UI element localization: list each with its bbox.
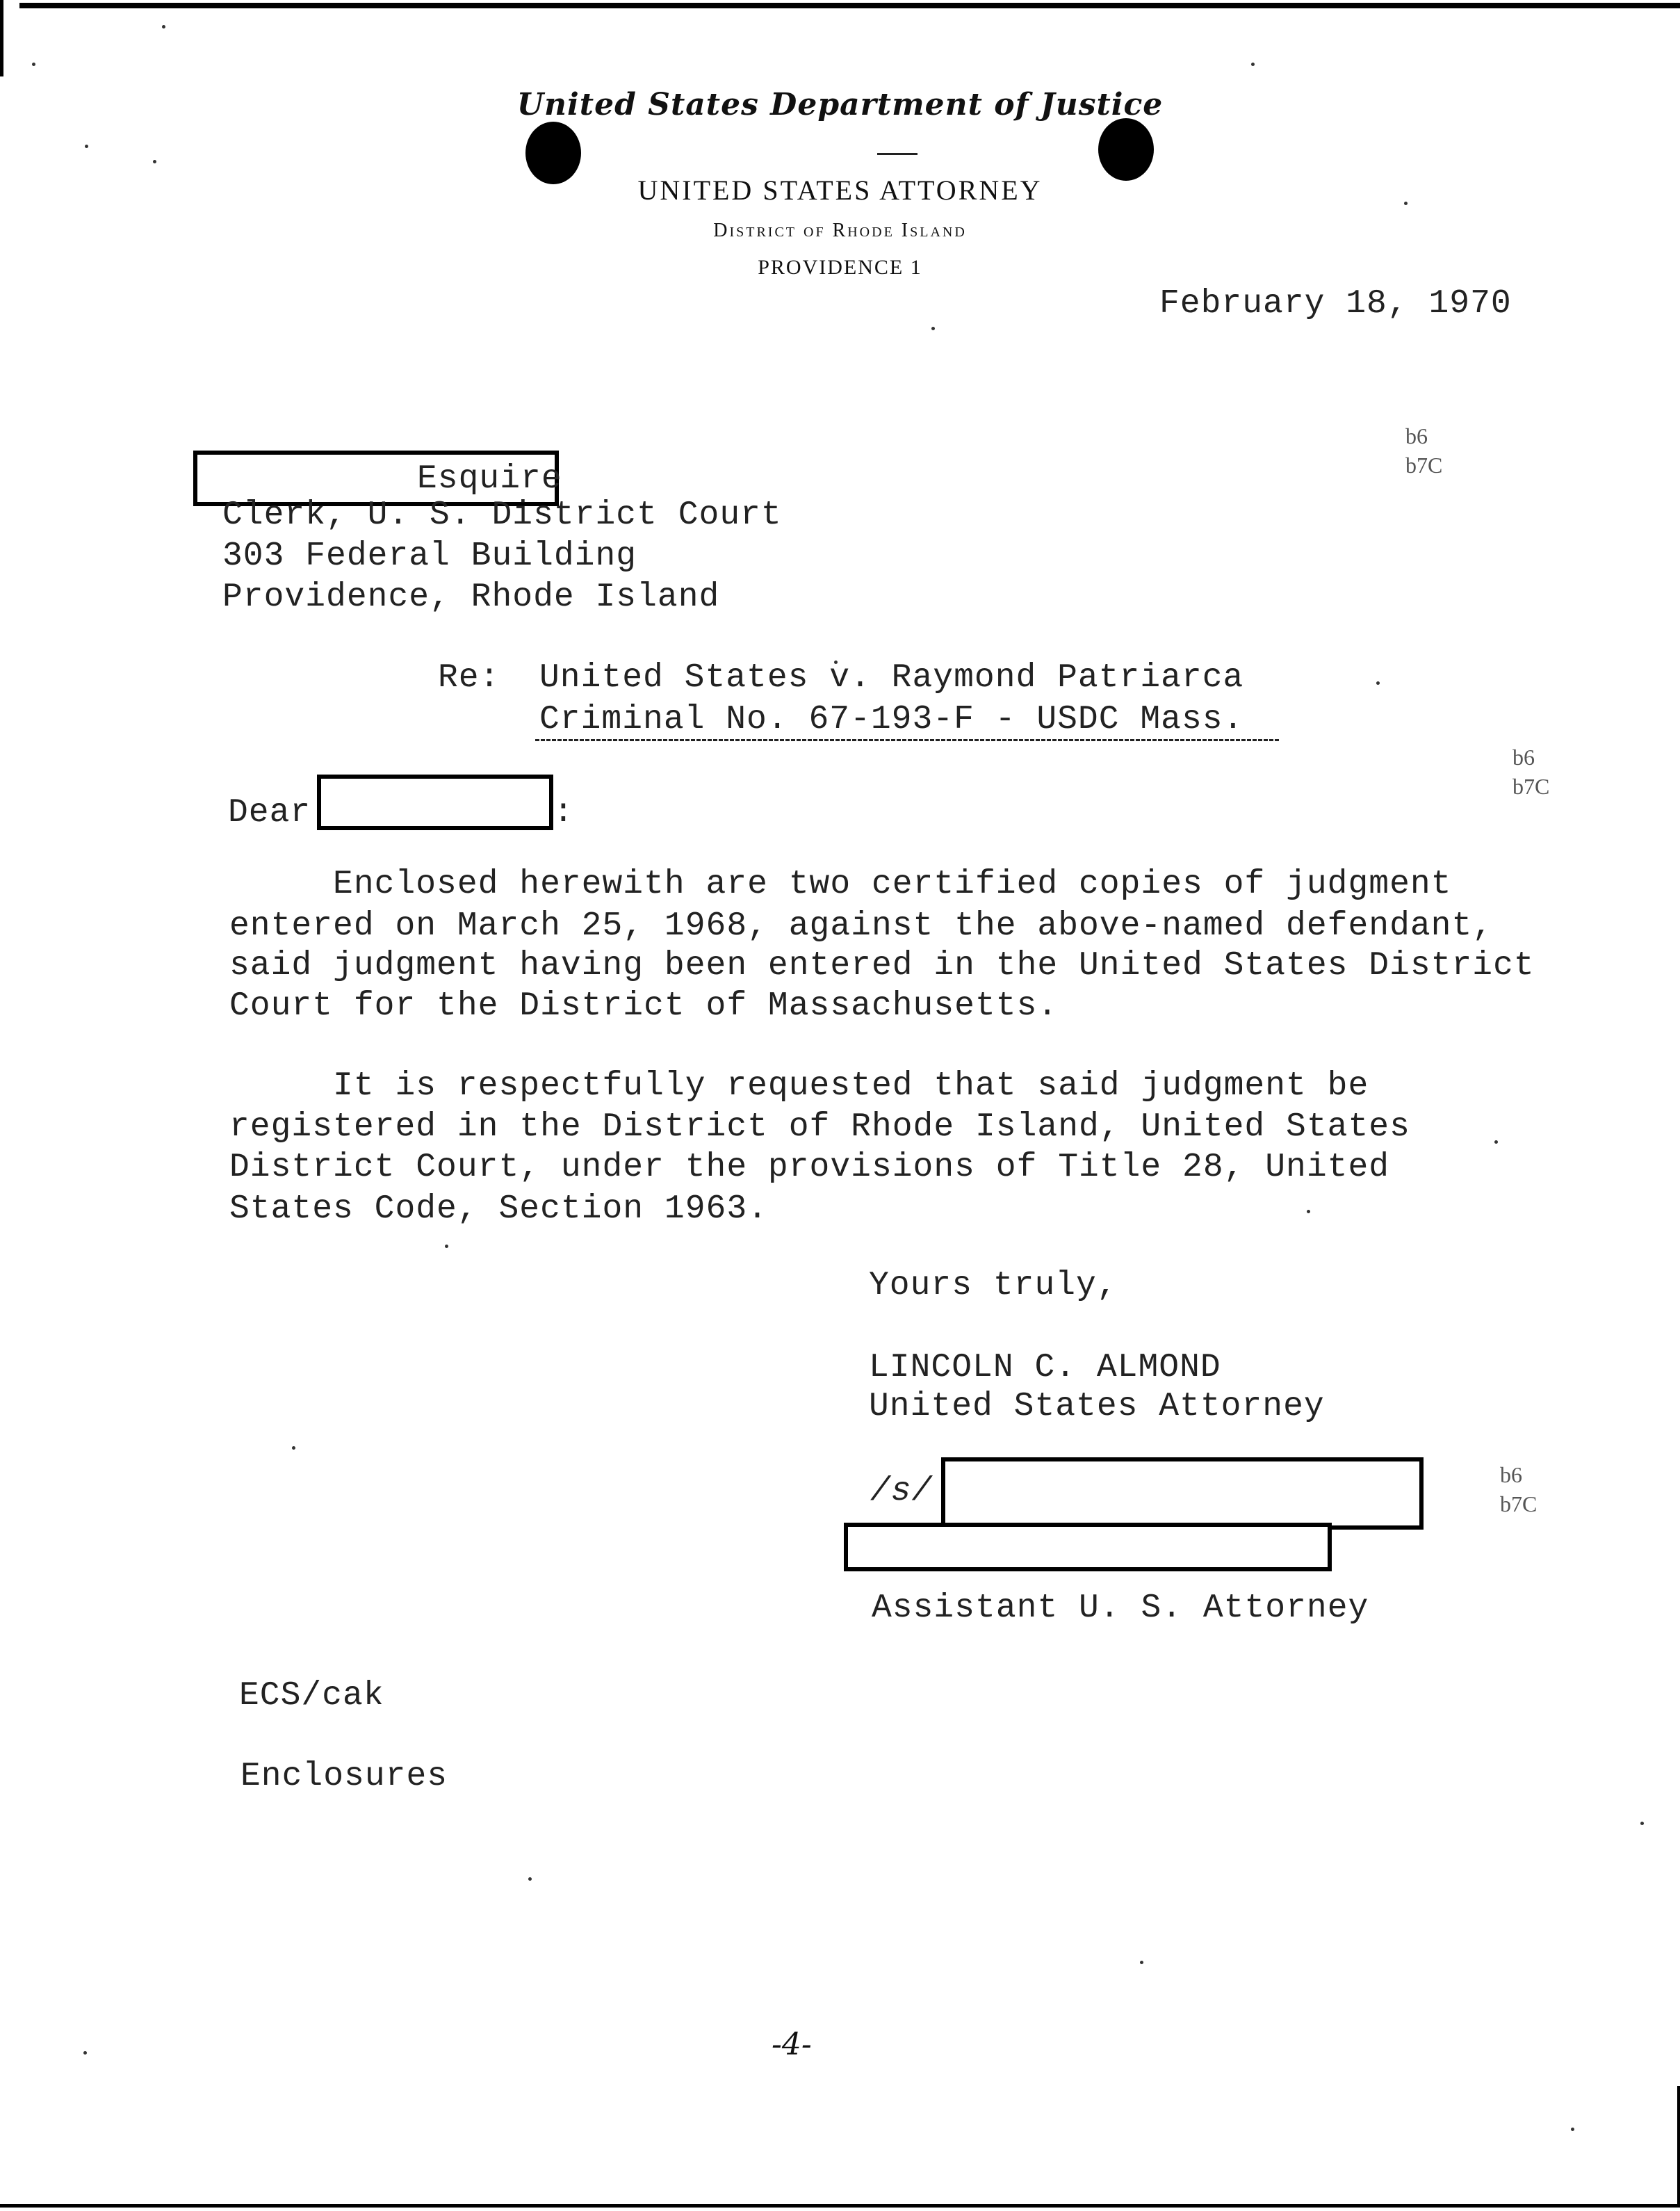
redacted-assistant-name — [844, 1523, 1332, 1571]
scan-speckle — [1404, 202, 1408, 205]
signature-prefix: /s/ — [870, 1473, 932, 1510]
scan-speckle — [1140, 1961, 1143, 1964]
exemption-codes-1: b6 b7C — [1405, 421, 1442, 480]
scan-speckle — [1494, 1140, 1498, 1144]
exemption-code: b7C — [1405, 451, 1442, 480]
scan-border-top — [19, 3, 1680, 8]
scan-speckle — [83, 2051, 87, 2055]
exemption-code: b6 — [1500, 1460, 1537, 1489]
scan-speckle — [32, 63, 35, 66]
exemption-code: b7C — [1512, 772, 1549, 801]
scan-border-left — [0, 0, 3, 76]
scan-speckle — [834, 661, 838, 664]
scan-speckle — [1307, 1210, 1310, 1213]
scan-border-bottom — [0, 2204, 1680, 2208]
scan-speckle — [1376, 681, 1380, 685]
exemption-code: b6 — [1512, 743, 1549, 772]
case-number-underline — [535, 739, 1279, 741]
body-line: It is respectfully requested that said j… — [229, 1067, 1369, 1105]
scan-speckle — [292, 1446, 295, 1450]
body-line: entered on March 25, 1968, against the a… — [229, 907, 1493, 945]
addressee-suffix: Esquire — [417, 460, 562, 498]
scan-speckle — [528, 1877, 532, 1881]
body-line: States Code, Section 1963. — [229, 1190, 768, 1228]
page-marker: -4- — [772, 2027, 812, 2062]
addressee-line-3: Providence, Rhode Island — [222, 578, 719, 616]
scan-speckle — [153, 160, 156, 163]
signer-title: United States Attorney — [869, 1388, 1325, 1425]
typist-initials: ECS/cak — [239, 1677, 384, 1715]
body-line: registered in the District of Rhode Isla… — [229, 1108, 1410, 1146]
body-line: District Court, under the provisions of … — [229, 1149, 1389, 1186]
letter-date: February 18, 1970 — [1159, 285, 1512, 323]
salutation-prefix: Dear — [228, 794, 311, 832]
signer-name: LINCOLN C. ALMOND — [869, 1349, 1221, 1386]
redacted-salutation-name — [317, 775, 553, 830]
scan-border-right — [1677, 2086, 1680, 2208]
scan-speckle — [162, 25, 165, 29]
document-page: United States Department of Justice UNIT… — [0, 0, 1680, 2211]
reference-case-number: Criminal No. 67-193-F - USDC Mass. — [539, 701, 1243, 738]
letterhead-department: United States Department of Justice — [0, 87, 1680, 122]
letterhead-district: District of Rhode Island — [0, 220, 1680, 242]
reference-case-title: United States v. Raymond Patriarca — [539, 659, 1243, 697]
exemption-code: b6 — [1405, 421, 1442, 451]
letterhead-office: UNITED STATES ATTORNEY — [0, 174, 1680, 206]
valediction: Yours truly, — [869, 1267, 1118, 1304]
scan-speckle — [931, 327, 935, 330]
letterhead-divider — [877, 153, 918, 155]
addressee-line-1: Clerk, U. S. District Court — [222, 496, 782, 534]
enclosures-note: Enclosures — [240, 1758, 448, 1795]
redacted-signature — [941, 1457, 1424, 1530]
exemption-codes-2: b6 b7C — [1512, 743, 1549, 801]
body-line: Enclosed herewith are two certified copi… — [229, 866, 1451, 903]
body-line: Court for the District of Massachusetts. — [229, 987, 1058, 1025]
body-line: said judgment having been entered in the… — [229, 947, 1535, 985]
assistant-title: Assistant U. S. Attorney — [872, 1589, 1369, 1627]
scan-speckle — [1571, 2128, 1574, 2131]
reference-label: Re: — [438, 659, 500, 697]
punch-hole-right — [1098, 118, 1154, 181]
exemption-code: b7C — [1500, 1489, 1537, 1518]
scan-speckle — [445, 1245, 448, 1248]
salutation-suffix: : — [553, 794, 574, 832]
addressee-line-2: 303 Federal Building — [222, 537, 637, 575]
letterhead-city: PROVIDENCE 1 — [0, 256, 1680, 280]
scan-speckle — [1251, 63, 1255, 66]
scan-speckle — [85, 145, 88, 148]
exemption-codes-3: b6 b7C — [1500, 1460, 1537, 1518]
scan-speckle — [1640, 1822, 1644, 1825]
